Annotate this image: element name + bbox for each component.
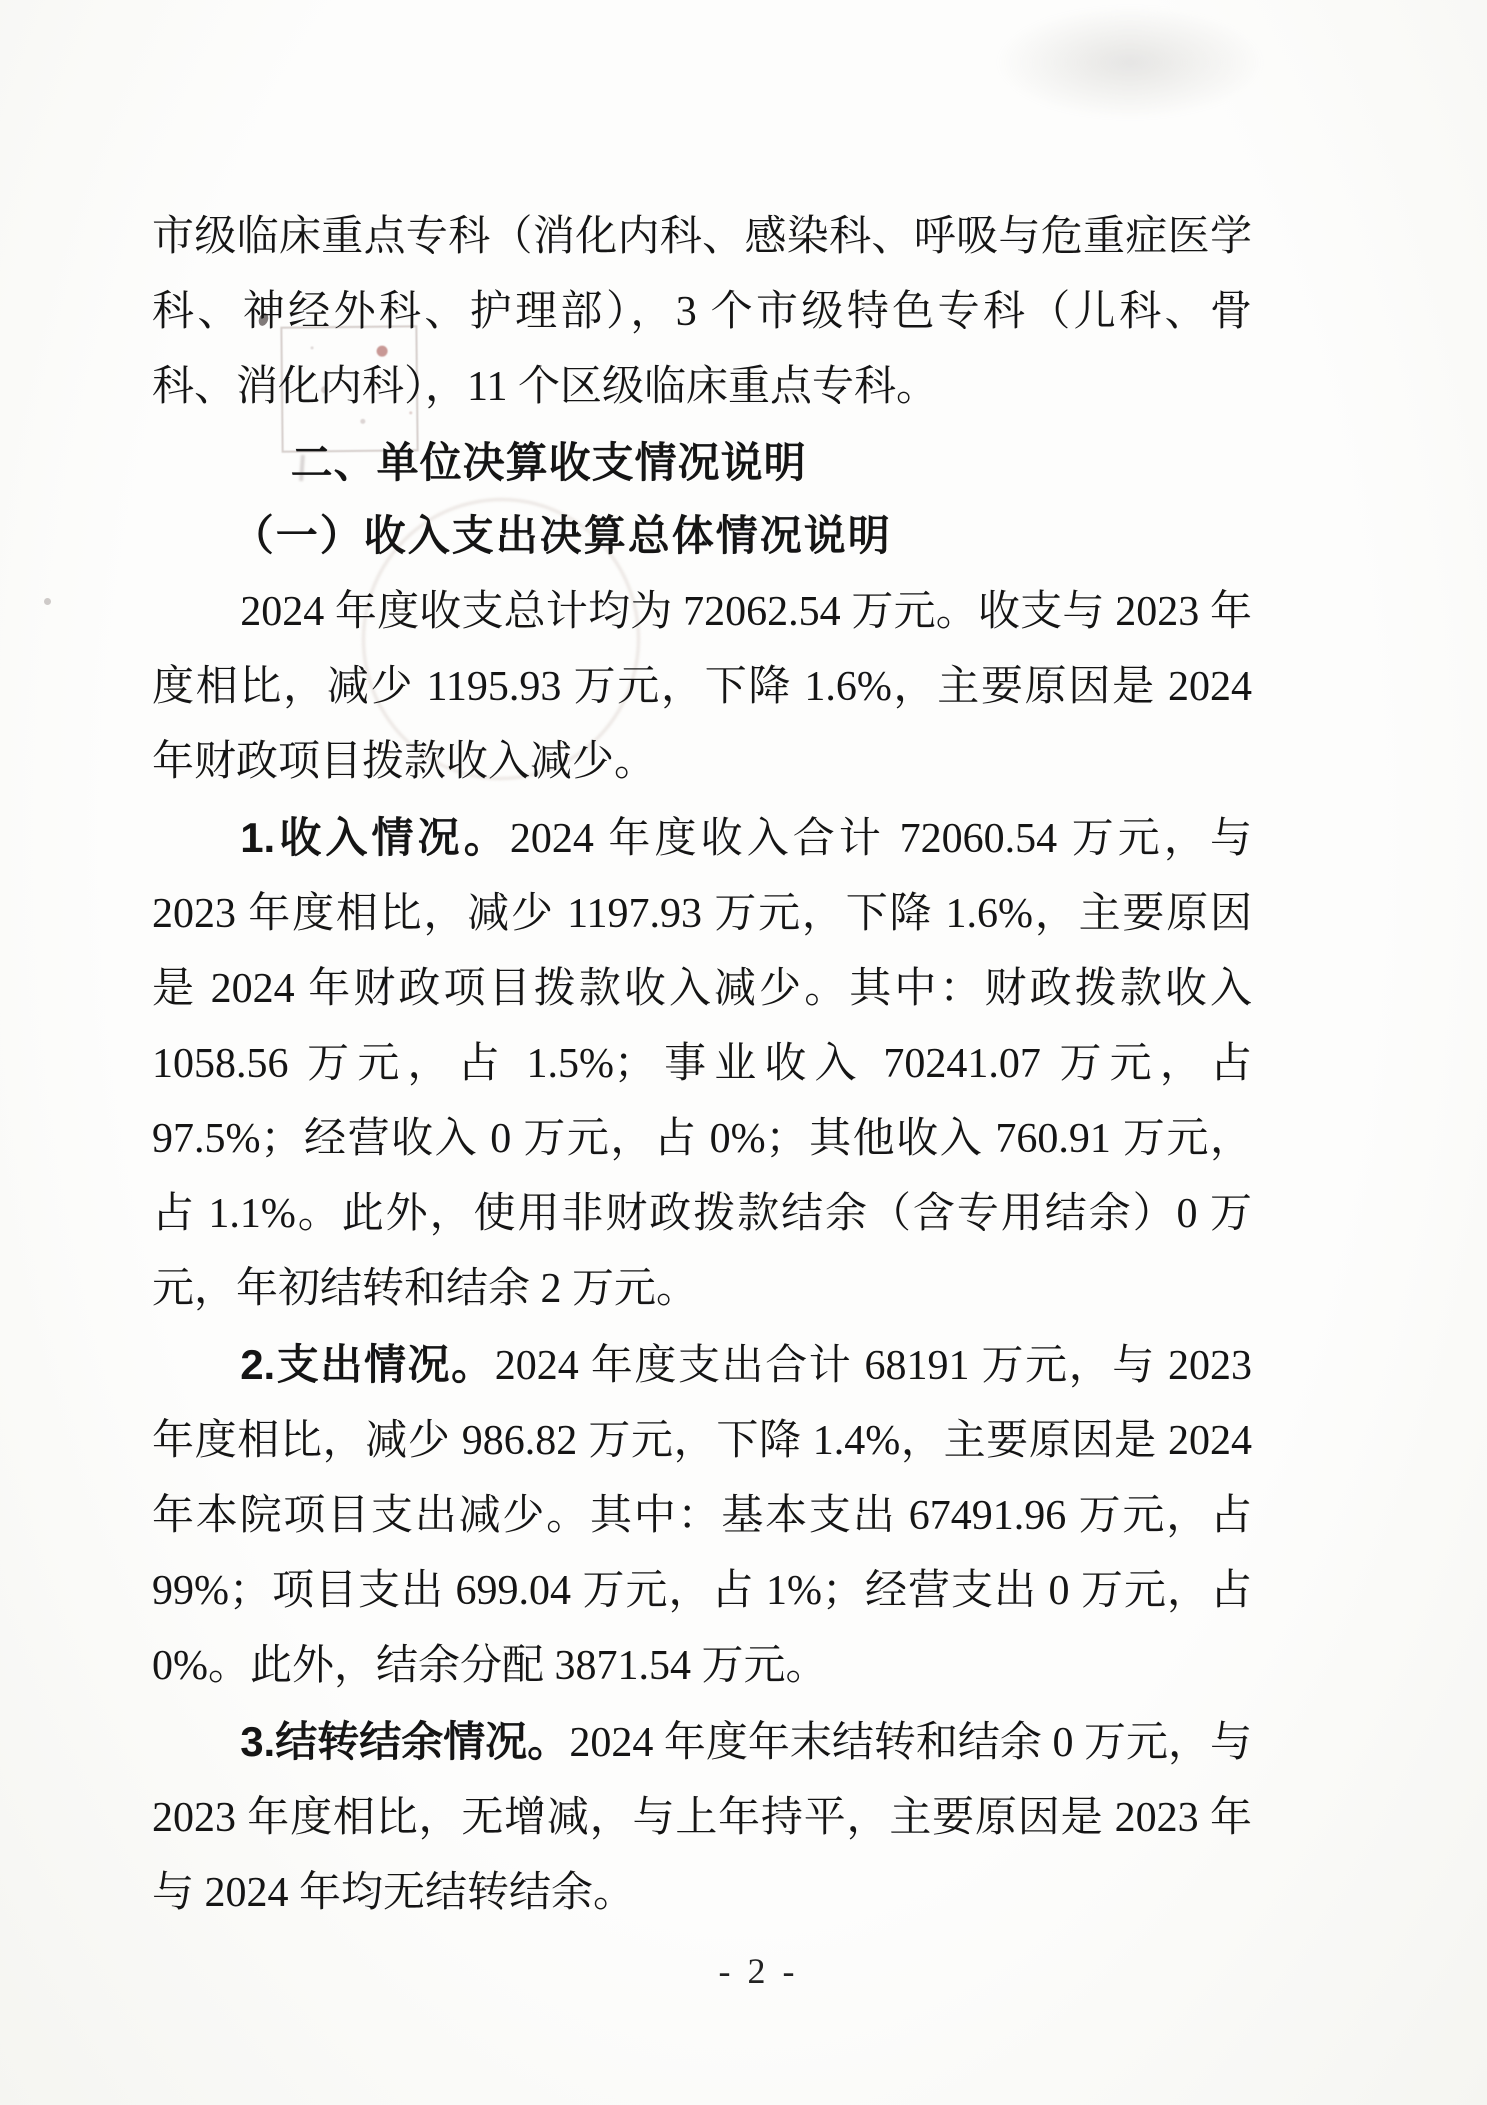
document-body: 市级临床重点专科（消化内科、感染科、呼吸与危重症医学科、神经外科、护理部），3 … xyxy=(152,200,1252,1931)
paragraph-carryover: 3.结转结余情况。2024 年度年末结转和结余 0 万元，与 2023 年度相比… xyxy=(152,1704,1252,1931)
paragraph-income: 1.收入情况。2024 年度收入合计 72060.54 万元，与 2023 年度… xyxy=(152,800,1252,1327)
subsection-heading: （一）收入支出决算总体情况说明 xyxy=(152,500,1252,575)
paragraph-income-text: 2024 年度收入合计 72060.54 万元，与 2023 年度相比，减少 1… xyxy=(152,816,1252,1312)
paragraph-expenditure-lead: 2.支出情况。 xyxy=(240,1341,495,1388)
ink-speck xyxy=(44,598,51,605)
paragraph-specialties: 市级临床重点专科（消化内科、感染科、呼吸与危重症医学科、神经外科、护理部），3 … xyxy=(152,200,1252,425)
paragraph-income-lead: 1.收入情况。 xyxy=(240,814,510,861)
paragraph-specialties-text: 市级临床重点专科（消化内科、感染科、呼吸与危重症医学科、神经外科、护理部），3 … xyxy=(152,214,1252,410)
paragraph-expenditure: 2.支出情况。2024 年度支出合计 68191 万元，与 2023 年度相比，… xyxy=(152,1327,1252,1704)
page-number: - 2 - xyxy=(0,1950,1487,1992)
section-heading: 二、单位决算收支情况说明 xyxy=(152,425,1252,500)
scanned-page: { "doc": { "p1": { "text": "市级临床重点专科（消化内… xyxy=(0,0,1487,2105)
scanner-smudge xyxy=(995,5,1265,120)
paragraph-total-overview: 2024 年度收支总计均为 72062.54 万元。收支与 2023 年度相比，… xyxy=(152,575,1252,800)
paragraph-carryover-lead: 3.结转结余情况。 xyxy=(240,1718,569,1765)
paragraph-total-overview-text: 2024 年度收支总计均为 72062.54 万元。收支与 2023 年度相比，… xyxy=(152,589,1252,785)
paragraph-expenditure-text: 2024 年度支出合计 68191 万元，与 2023 年度相比，减少 986.… xyxy=(152,1343,1252,1689)
